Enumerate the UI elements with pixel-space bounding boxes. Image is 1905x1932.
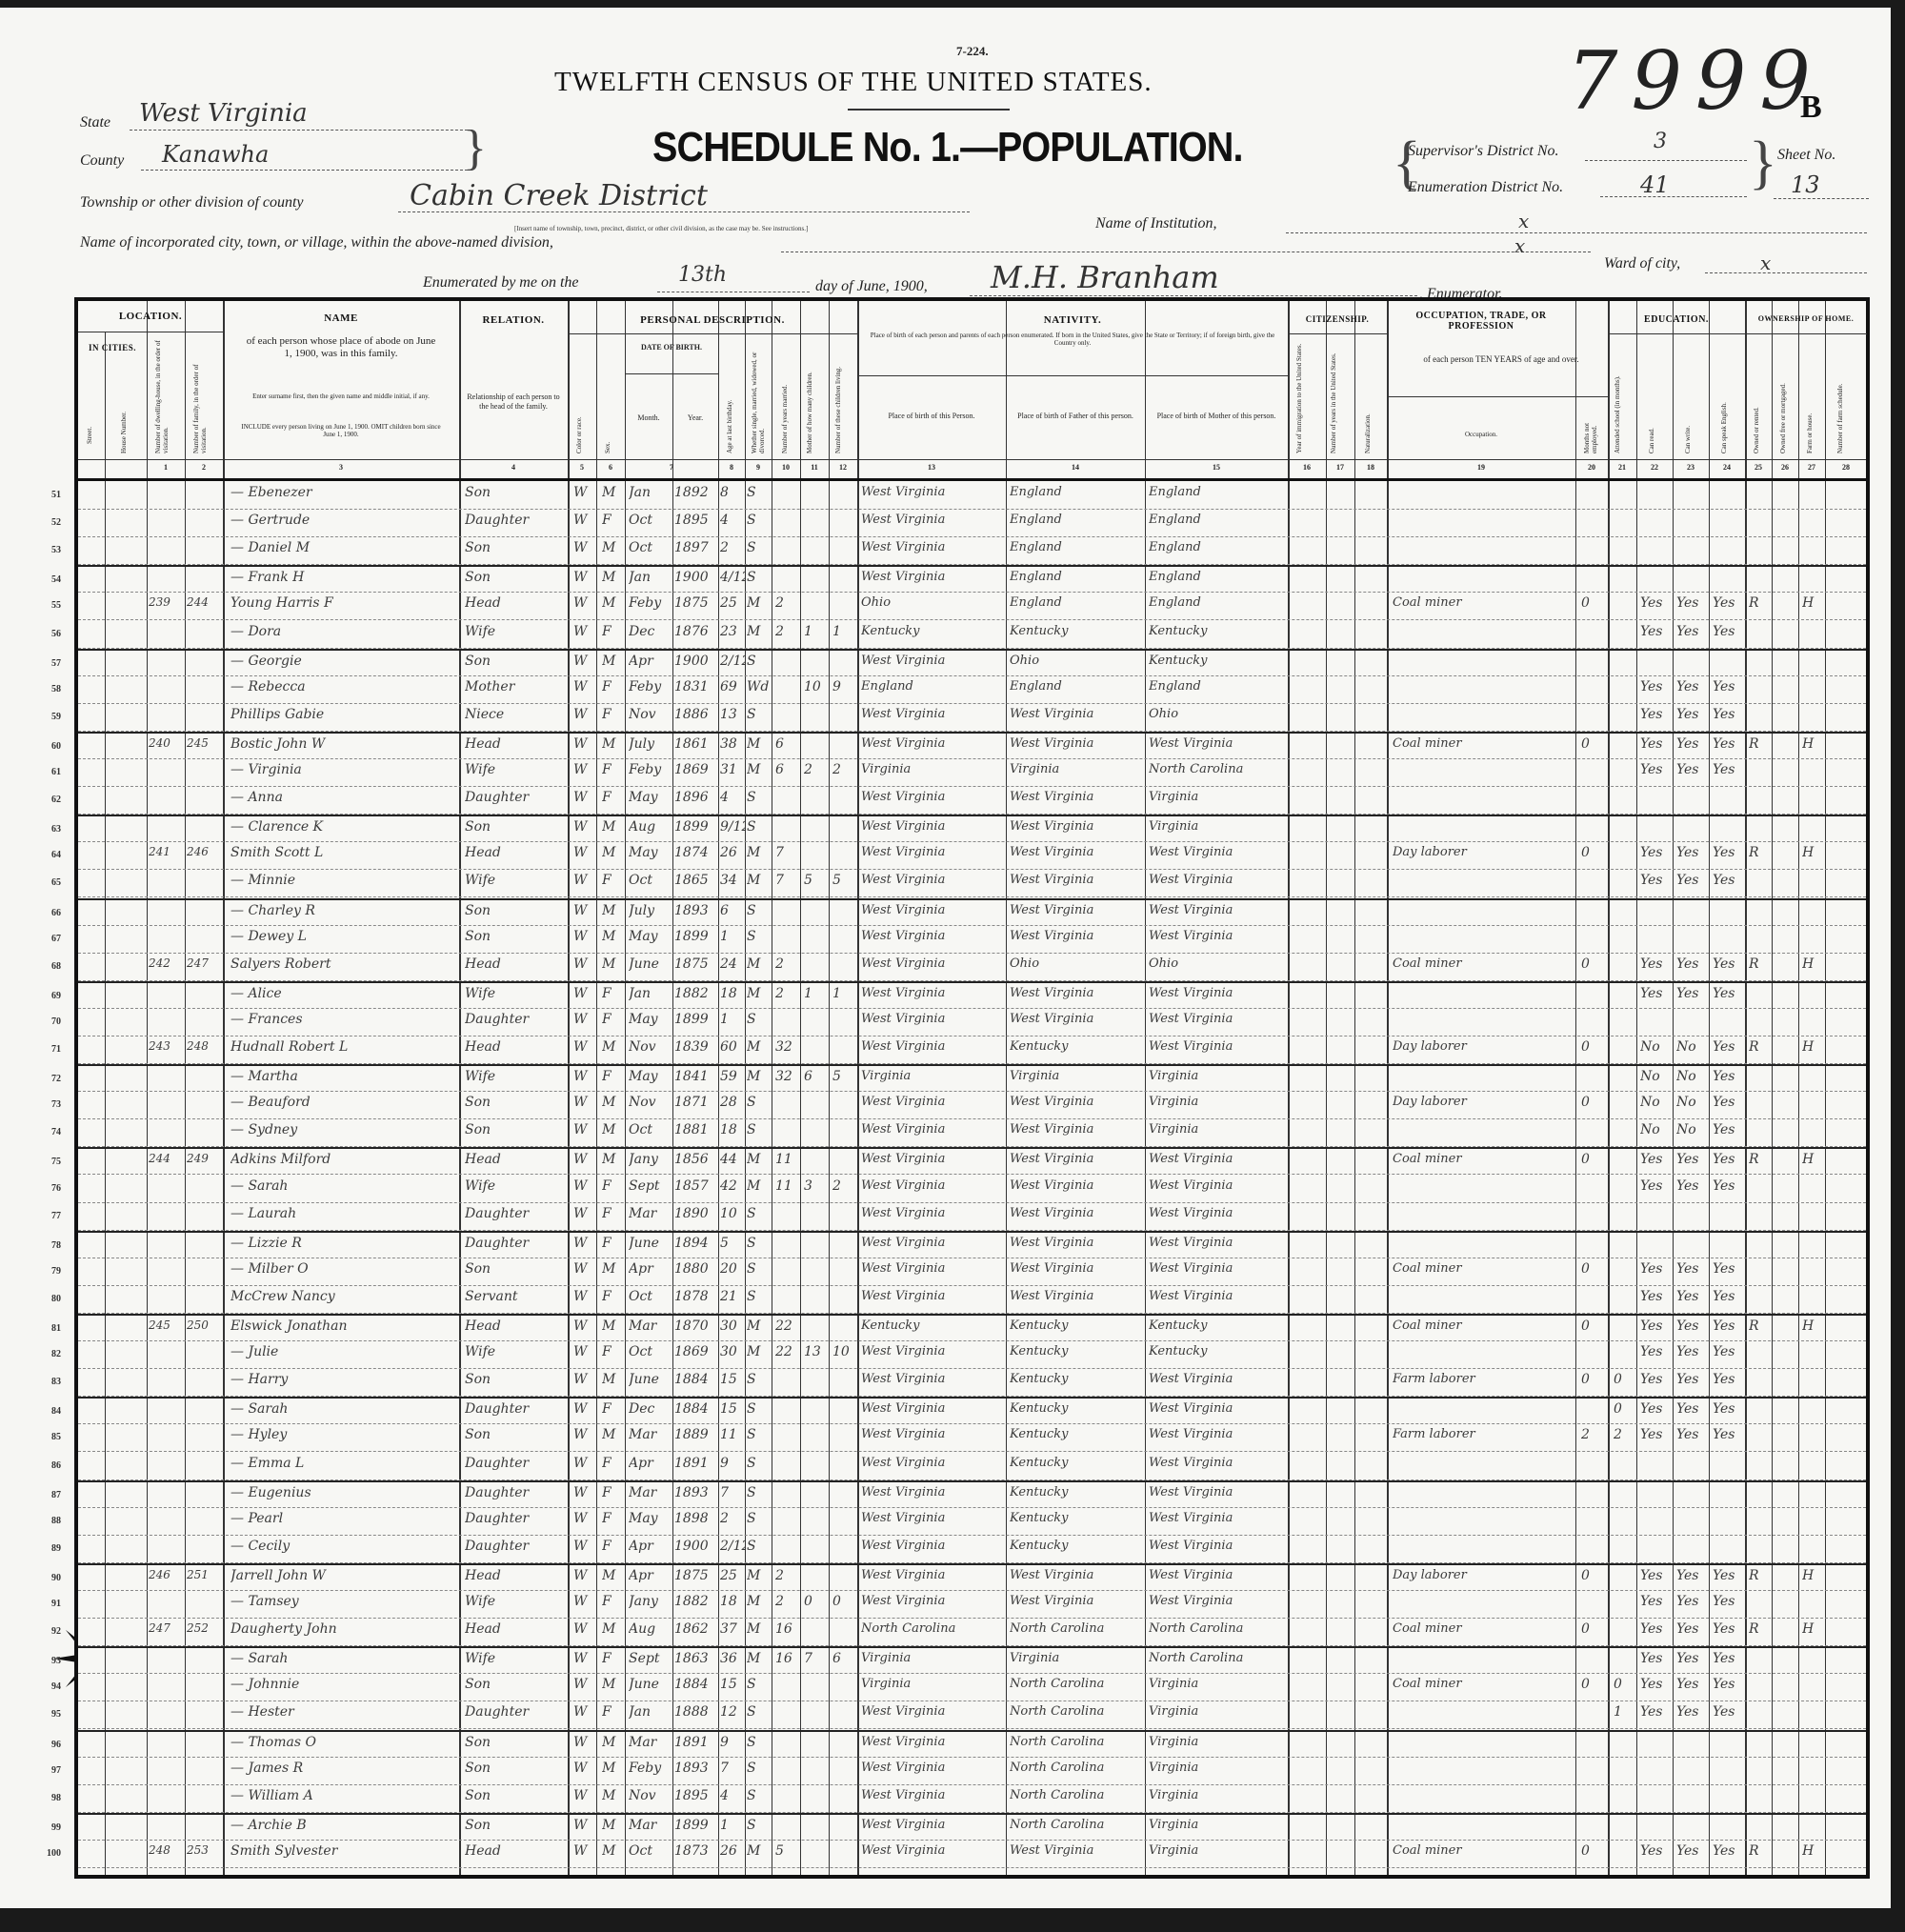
table-row: 62— AnnaDaughterWFMay18964SWest Virginia… bbox=[78, 787, 1866, 815]
dwelling-number: 243 bbox=[149, 1039, 185, 1053]
months-unemployed: 0 bbox=[1581, 1677, 1606, 1692]
relation: Son bbox=[465, 1788, 564, 1803]
owned-rented: R bbox=[1749, 1318, 1772, 1334]
marital-status: S bbox=[747, 1456, 772, 1471]
can-write: Yes bbox=[1676, 1152, 1709, 1167]
can-write: Yes bbox=[1676, 707, 1709, 722]
line-number: 55 bbox=[23, 600, 61, 611]
birth-year: 1882 bbox=[674, 986, 716, 1001]
birth-month: Apr bbox=[629, 1539, 671, 1554]
color: W bbox=[573, 1122, 594, 1137]
marital-status: S bbox=[747, 1427, 772, 1442]
rule bbox=[1288, 333, 1387, 334]
line-number: 94 bbox=[23, 1681, 61, 1692]
birth-month: Sept bbox=[629, 1178, 671, 1194]
farm-house: H bbox=[1802, 1568, 1825, 1583]
age: 6 bbox=[720, 903, 745, 918]
birth-year: 1881 bbox=[674, 1122, 716, 1137]
relation: Son bbox=[465, 570, 564, 585]
relation: Head bbox=[465, 1152, 564, 1167]
header-month: Month. bbox=[625, 413, 672, 423]
color: W bbox=[573, 845, 594, 860]
marital-status: S bbox=[747, 1122, 772, 1137]
table-row: 84— SarahDaughterWFDec188415SWest Virgin… bbox=[78, 1397, 1866, 1424]
person-name: — Sarah bbox=[231, 1651, 455, 1666]
birthplace-person: West Virginia bbox=[861, 654, 1004, 668]
column-number: 3 bbox=[223, 463, 459, 472]
birthplace-father: Kentucky bbox=[1010, 1485, 1143, 1499]
city-value: x bbox=[1514, 234, 1525, 257]
table-row: 54— Frank HSonWMJan19004/12SWest Virgini… bbox=[78, 565, 1866, 593]
sex: F bbox=[602, 707, 623, 722]
birth-month: Mar bbox=[629, 1485, 671, 1500]
months-unemployed: 0 bbox=[1581, 845, 1606, 860]
column-number: 16 bbox=[1288, 463, 1326, 472]
relation: Daughter bbox=[465, 1206, 564, 1221]
person-name: — Sarah bbox=[231, 1178, 455, 1194]
birth-month: Oct bbox=[629, 513, 671, 528]
table-row: 52— GertrudeDaughterWFOct18954SWest Virg… bbox=[78, 510, 1866, 537]
can-write: Yes bbox=[1676, 1344, 1709, 1359]
birth-year: 1862 bbox=[674, 1621, 716, 1637]
column-number: 15 bbox=[1145, 463, 1288, 472]
children-living: 9 bbox=[832, 679, 857, 694]
birthplace-father: North Carolina bbox=[1010, 1761, 1143, 1775]
birthplace-person: Kentucky bbox=[861, 1318, 1004, 1333]
occupation: Coal miner bbox=[1393, 595, 1574, 610]
marital-status: S bbox=[747, 1677, 772, 1692]
can-speak-english: Yes bbox=[1713, 1095, 1745, 1110]
birthplace-father: West Virginia bbox=[1010, 1206, 1143, 1220]
color: W bbox=[573, 929, 594, 944]
sex: M bbox=[602, 1039, 623, 1055]
birth-month: Aug bbox=[629, 1621, 671, 1637]
birthplace-mother: North Carolina bbox=[1149, 1651, 1286, 1665]
header-sex: Sex. bbox=[604, 425, 612, 453]
birthplace-person: West Virginia bbox=[861, 929, 1004, 943]
person-name: — Cecily bbox=[231, 1539, 455, 1554]
marital-status: S bbox=[747, 1401, 772, 1417]
mother-of: 2 bbox=[804, 762, 829, 777]
can-speak-english: Yes bbox=[1713, 1318, 1745, 1334]
person-name: Elswick Jonathan bbox=[231, 1318, 455, 1334]
birthplace-person: Virginia bbox=[861, 1677, 1004, 1691]
line-number: 81 bbox=[23, 1323, 61, 1334]
person-name: Jarrell John W bbox=[231, 1568, 455, 1583]
marital-status: S bbox=[747, 929, 772, 944]
birthplace-father: West Virginia bbox=[1010, 845, 1143, 859]
can-write: Yes bbox=[1676, 624, 1709, 639]
age: 59 bbox=[720, 1069, 745, 1084]
can-write: Yes bbox=[1676, 845, 1709, 860]
can-speak-english: Yes bbox=[1713, 762, 1745, 777]
birth-month: Aug bbox=[629, 819, 671, 835]
marital-status: M bbox=[747, 736, 772, 752]
color: W bbox=[573, 624, 594, 639]
relation: Wife bbox=[465, 624, 564, 639]
family-number: 252 bbox=[187, 1621, 223, 1635]
birthplace-person: West Virginia bbox=[861, 540, 1004, 554]
age: 15 bbox=[720, 1372, 745, 1387]
owned-rented: R bbox=[1749, 845, 1772, 860]
birth-year: 1870 bbox=[674, 1318, 716, 1334]
table-row: 78— Lizzie RDaughterWFJune18945SWest Vir… bbox=[78, 1231, 1866, 1258]
birthplace-person: West Virginia bbox=[861, 1012, 1004, 1026]
color: W bbox=[573, 1456, 594, 1471]
can-read: Yes bbox=[1640, 1704, 1673, 1720]
birthplace-person: West Virginia bbox=[861, 1485, 1004, 1499]
mother-of: 0 bbox=[804, 1594, 829, 1609]
birthplace-person: West Virginia bbox=[861, 873, 1004, 887]
table-row: 93— SarahWifeWFSept186336M1676VirginiaVi… bbox=[78, 1646, 1866, 1674]
line-number: 61 bbox=[23, 767, 61, 777]
relation: Head bbox=[465, 1621, 564, 1637]
can-write: Yes bbox=[1676, 1568, 1709, 1583]
birth-month: Apr bbox=[629, 1456, 671, 1471]
birthplace-mother: West Virginia bbox=[1149, 1539, 1286, 1553]
header-education: EDUCATION. bbox=[1608, 314, 1745, 325]
table-row: 59Phillips GabieNieceWFNov188613SWest Vi… bbox=[78, 704, 1866, 732]
color: W bbox=[573, 819, 594, 835]
age: 12 bbox=[720, 1704, 745, 1720]
birth-month: Feby bbox=[629, 679, 671, 694]
birth-year: 1890 bbox=[674, 1206, 716, 1221]
birthplace-father: West Virginia bbox=[1010, 986, 1143, 1000]
sex: M bbox=[602, 1818, 623, 1833]
birth-month: Oct bbox=[629, 1289, 671, 1304]
birthplace-father: West Virginia bbox=[1010, 929, 1143, 943]
sex: M bbox=[602, 1788, 623, 1803]
birth-year: 1884 bbox=[674, 1677, 716, 1692]
children-living: 1 bbox=[832, 986, 857, 1001]
birthplace-person: West Virginia bbox=[861, 956, 1004, 971]
birthplace-person: West Virginia bbox=[861, 1236, 1004, 1250]
table-row: 53— Daniel MSonWMOct18972SWest VirginiaE… bbox=[78, 537, 1866, 565]
relation: Wife bbox=[465, 873, 564, 888]
age: 8 bbox=[720, 485, 745, 500]
can-read: Yes bbox=[1640, 1594, 1673, 1609]
line-number: 82 bbox=[23, 1349, 61, 1359]
line-number: 83 bbox=[23, 1377, 61, 1387]
occupation: Farm laborer bbox=[1393, 1372, 1574, 1386]
birthplace-person: North Carolina bbox=[861, 1621, 1004, 1636]
age: 36 bbox=[720, 1651, 745, 1666]
birthplace-person: West Virginia bbox=[861, 1594, 1004, 1608]
marital-status: M bbox=[747, 1178, 772, 1194]
color: W bbox=[573, 1152, 594, 1167]
birthplace-mother: Virginia bbox=[1149, 819, 1286, 834]
birth-year: 1882 bbox=[674, 1594, 716, 1609]
birth-month: June bbox=[629, 956, 671, 972]
header-farm-house: Farm or house. bbox=[1806, 387, 1814, 453]
marital-status: M bbox=[747, 1152, 772, 1167]
person-name: Salyers Robert bbox=[231, 956, 455, 972]
header-free-mortgaged: Owned free or mortgaged. bbox=[1779, 349, 1787, 453]
birth-month: Mar bbox=[629, 1427, 671, 1442]
can-write: Yes bbox=[1676, 1594, 1709, 1609]
can-write: No bbox=[1676, 1122, 1709, 1137]
can-speak-english: Yes bbox=[1713, 1427, 1745, 1442]
can-speak-english: Yes bbox=[1713, 1261, 1745, 1277]
birth-month: Mar bbox=[629, 1818, 671, 1833]
birthplace-father: West Virginia bbox=[1010, 1594, 1143, 1608]
rule bbox=[78, 459, 1866, 460]
birthplace-mother: Virginia bbox=[1149, 1843, 1286, 1858]
birth-year: 1861 bbox=[674, 736, 716, 752]
relation: Son bbox=[465, 540, 564, 555]
birthplace-mother: West Virginia bbox=[1149, 1511, 1286, 1525]
person-name: — Thomas O bbox=[231, 1735, 455, 1750]
marital-status: S bbox=[747, 707, 772, 722]
birth-month: Feby bbox=[629, 595, 671, 611]
line-number: 72 bbox=[23, 1074, 61, 1084]
line-number: 66 bbox=[23, 908, 61, 918]
person-name: — Harry bbox=[231, 1372, 455, 1387]
marital-status: S bbox=[747, 485, 772, 500]
supervisor-underline bbox=[1585, 160, 1747, 161]
can-read: Yes bbox=[1640, 595, 1673, 611]
age: 60 bbox=[720, 1039, 745, 1055]
schedule-title: SCHEDULE No. 1.—POPULATION. bbox=[652, 124, 1243, 171]
sheet-value: 13 bbox=[1791, 171, 1820, 198]
marital-status: S bbox=[747, 654, 772, 669]
can-write: No bbox=[1676, 1039, 1709, 1055]
birthplace-father: England bbox=[1010, 570, 1143, 584]
birthplace-father: North Carolina bbox=[1010, 1735, 1143, 1749]
marital-status: S bbox=[747, 790, 772, 805]
enumeration-label: Enumeration District No. bbox=[1408, 179, 1563, 196]
column-number: 9 bbox=[745, 463, 772, 472]
header-family-number: Number of family, in the order of visita… bbox=[192, 339, 219, 453]
age: 2/12 bbox=[720, 1539, 745, 1554]
person-name: Bostic John W bbox=[231, 736, 455, 752]
birthplace-father: Virginia bbox=[1010, 1069, 1143, 1083]
sex: M bbox=[602, 956, 623, 972]
birthplace-mother: Ohio bbox=[1149, 956, 1286, 971]
relation: Daughter bbox=[465, 1012, 564, 1027]
table-row: 97— James RSonWMFeby18937SWest VirginiaN… bbox=[78, 1758, 1866, 1785]
person-name: — Pearl bbox=[231, 1511, 455, 1526]
birth-month: Sept bbox=[629, 1651, 671, 1666]
family-number: 244 bbox=[187, 595, 223, 609]
dwelling-number: 247 bbox=[149, 1621, 185, 1635]
table-row: 99— Archie BSonWMMar18991SWest VirginiaN… bbox=[78, 1813, 1866, 1841]
person-name: — James R bbox=[231, 1761, 455, 1776]
birthplace-father: West Virginia bbox=[1010, 790, 1143, 804]
person-name: Daugherty John bbox=[231, 1621, 455, 1637]
table-row: 73— BeaufordSonWMNov187128SWest Virginia… bbox=[78, 1092, 1866, 1119]
can-read: Yes bbox=[1640, 873, 1673, 888]
birthplace-mother: West Virginia bbox=[1149, 929, 1286, 943]
column-number: 17 bbox=[1326, 463, 1354, 472]
person-name: — Ebenezer bbox=[231, 485, 455, 500]
birthplace-person: West Virginia bbox=[861, 1152, 1004, 1166]
header-bottom-rule bbox=[78, 478, 1866, 481]
city-label: Name of incorporated city, town, or vill… bbox=[80, 234, 553, 252]
sex: M bbox=[602, 540, 623, 555]
marital-status: M bbox=[747, 1651, 772, 1666]
birth-month: Apr bbox=[629, 1568, 671, 1583]
column-number: 18 bbox=[1354, 463, 1387, 472]
line-number: 59 bbox=[23, 712, 61, 722]
table-row: 56— DoraWifeWFDec187623M211KentuckyKentu… bbox=[78, 621, 1866, 649]
line-number: 52 bbox=[23, 517, 61, 528]
can-speak-english: Yes bbox=[1713, 1152, 1745, 1167]
color: W bbox=[573, 1539, 594, 1554]
mother-of: 13 bbox=[804, 1344, 829, 1359]
years-married: 32 bbox=[775, 1069, 800, 1084]
birthplace-mother: Kentucky bbox=[1149, 1318, 1286, 1333]
person-name: — Sarah bbox=[231, 1401, 455, 1417]
table-row: 75244249Adkins MilfordHeadWMJany185644M1… bbox=[78, 1147, 1866, 1175]
marital-status: M bbox=[747, 873, 772, 888]
line-number: 78 bbox=[23, 1240, 61, 1251]
years-married: 6 bbox=[775, 762, 800, 777]
person-name: — Emma L bbox=[231, 1456, 455, 1471]
months-unemployed: 0 bbox=[1581, 1318, 1606, 1334]
birthplace-mother: West Virginia bbox=[1149, 873, 1286, 887]
line-number: 62 bbox=[23, 795, 61, 805]
birth-month: Apr bbox=[629, 654, 671, 669]
color: W bbox=[573, 873, 594, 888]
birthplace-person: West Virginia bbox=[861, 1735, 1004, 1749]
sex: F bbox=[602, 1178, 623, 1194]
can-read: Yes bbox=[1640, 624, 1673, 639]
form-number: 7-224. bbox=[956, 44, 989, 59]
sex: M bbox=[602, 819, 623, 835]
age: 26 bbox=[720, 845, 745, 860]
attended-school: 0 bbox=[1614, 1372, 1636, 1387]
can-speak-english: Yes bbox=[1713, 986, 1745, 1001]
header-occupation: Occupation. bbox=[1387, 431, 1575, 438]
line-number: 56 bbox=[23, 629, 61, 639]
color: W bbox=[573, 1318, 594, 1334]
table-row: 55239244Young Harris FHeadWMFeby187525M2… bbox=[78, 593, 1866, 620]
color: W bbox=[573, 1344, 594, 1359]
relation: Son bbox=[465, 654, 564, 669]
column-number: 2 bbox=[185, 463, 223, 472]
supervisor-value: 3 bbox=[1654, 130, 1667, 153]
birthplace-father: West Virginia bbox=[1010, 903, 1143, 917]
mother-of: 7 bbox=[804, 1651, 829, 1666]
birth-month: Jan bbox=[629, 986, 671, 1001]
can-read: Yes bbox=[1640, 1568, 1673, 1583]
person-name: McCrew Nancy bbox=[231, 1289, 455, 1304]
person-name: — Milber O bbox=[231, 1261, 455, 1277]
person-name: — Charley R bbox=[231, 903, 455, 918]
age: 42 bbox=[720, 1178, 745, 1194]
birth-year: 1888 bbox=[674, 1704, 716, 1720]
age: 69 bbox=[720, 679, 745, 694]
sex: F bbox=[602, 1344, 623, 1359]
sheet-underline bbox=[1774, 198, 1869, 199]
table-row: 95— HesterDaughterWFJan188812SWest Virgi… bbox=[78, 1701, 1866, 1729]
can-speak-english: Yes bbox=[1713, 1621, 1745, 1637]
birth-month: Oct bbox=[629, 540, 671, 555]
township-label: Township or other division of county bbox=[80, 194, 304, 211]
table-row: 88— PearlDaughterWFMay18982SWest Virgini… bbox=[78, 1508, 1866, 1536]
person-name: — Minnie bbox=[231, 873, 455, 888]
birthplace-father: West Virginia bbox=[1010, 1289, 1143, 1303]
age: 25 bbox=[720, 1568, 745, 1583]
birthplace-person: Kentucky bbox=[861, 624, 1004, 638]
birth-year: 1889 bbox=[674, 1427, 716, 1442]
occupation: Coal miner bbox=[1393, 736, 1574, 751]
person-name: — Laurah bbox=[231, 1206, 455, 1221]
birth-year: 1886 bbox=[674, 707, 716, 722]
occupation: Coal miner bbox=[1393, 1677, 1574, 1691]
relation: Daughter bbox=[465, 513, 564, 528]
color: W bbox=[573, 1735, 594, 1750]
months-unemployed: 0 bbox=[1581, 1843, 1606, 1859]
color: W bbox=[573, 1289, 594, 1304]
birth-year: 1900 bbox=[674, 654, 716, 669]
census-sheet: 7-224. TWELFTH CENSUS OF THE UNITED STAT… bbox=[0, 8, 1891, 1908]
birth-month: Jan bbox=[629, 570, 671, 585]
birthplace-mother: West Virginia bbox=[1149, 1485, 1286, 1499]
birth-year: 1897 bbox=[674, 540, 716, 555]
children-living: 1 bbox=[832, 624, 857, 639]
birthplace-mother: England bbox=[1149, 595, 1286, 610]
farm-house: H bbox=[1802, 595, 1825, 611]
marital-status: S bbox=[747, 903, 772, 918]
birthplace-father: Ohio bbox=[1010, 956, 1143, 971]
table-row: 58— RebeccaMotherWFFeby183169Wd109Englan… bbox=[78, 676, 1866, 704]
color: W bbox=[573, 1818, 594, 1833]
relation: Wife bbox=[465, 1594, 564, 1609]
birthplace-person: West Virginia bbox=[861, 1372, 1004, 1386]
birth-year: 1900 bbox=[674, 1539, 716, 1554]
age: 15 bbox=[720, 1401, 745, 1417]
birthplace-person: West Virginia bbox=[861, 485, 1004, 499]
column-number: 21 bbox=[1608, 463, 1636, 472]
birthplace-mother: Virginia bbox=[1149, 1095, 1286, 1109]
age: 1 bbox=[720, 929, 745, 944]
birthplace-person: Virginia bbox=[861, 1069, 1004, 1083]
header-mother-of: Mother of how many children. bbox=[806, 339, 823, 453]
can-speak-english: Yes bbox=[1713, 679, 1745, 694]
age: 9 bbox=[720, 1456, 745, 1471]
owned-rented: R bbox=[1749, 595, 1772, 611]
can-read: Yes bbox=[1640, 1261, 1673, 1277]
birthplace-mother: West Virginia bbox=[1149, 1039, 1286, 1054]
birthplace-person: West Virginia bbox=[861, 1456, 1004, 1470]
color: W bbox=[573, 654, 594, 669]
birthplace-person: Virginia bbox=[861, 1651, 1004, 1665]
marital-status: S bbox=[747, 570, 772, 585]
birth-year: 1893 bbox=[674, 1485, 716, 1500]
sex: M bbox=[602, 1735, 623, 1750]
years-married: 2 bbox=[775, 624, 800, 639]
birthplace-mother: England bbox=[1149, 570, 1286, 584]
can-write: Yes bbox=[1676, 679, 1709, 694]
sex: F bbox=[602, 1289, 623, 1304]
document-title: TWELFTH CENSUS OF THE UNITED STATES. bbox=[554, 67, 1153, 98]
birth-month: May bbox=[629, 1511, 671, 1526]
line-number: 70 bbox=[23, 1016, 61, 1027]
can-read: Yes bbox=[1640, 1651, 1673, 1666]
months-unemployed: 0 bbox=[1581, 1372, 1606, 1387]
birth-year: 1841 bbox=[674, 1069, 716, 1084]
can-read: No bbox=[1640, 1122, 1673, 1137]
owned-rented: R bbox=[1749, 956, 1772, 972]
years-married: 2 bbox=[775, 1594, 800, 1609]
birth-month: Feby bbox=[629, 1761, 671, 1776]
can-write: Yes bbox=[1676, 1372, 1709, 1387]
column-number: 13 bbox=[857, 463, 1006, 472]
birth-year: 1894 bbox=[674, 1236, 716, 1251]
institution-value: x bbox=[1518, 210, 1529, 232]
